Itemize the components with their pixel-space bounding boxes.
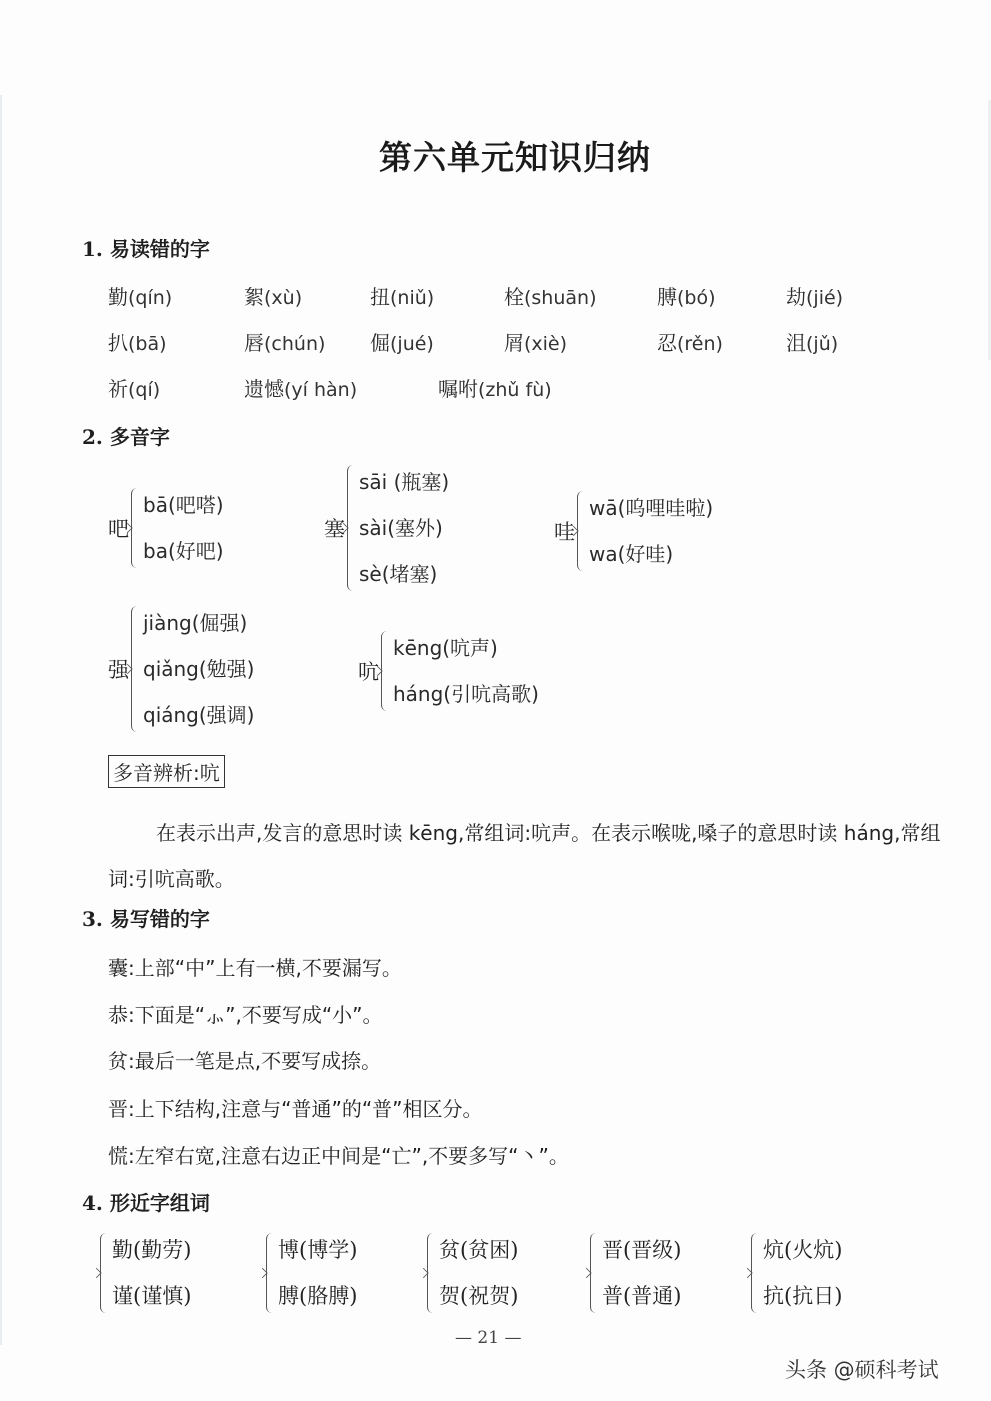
polyphone-group: 吧 bā(吧嗒) ba(好吧) bbox=[108, 482, 224, 574]
section-title: 形近字组词 bbox=[110, 1191, 210, 1215]
reading: wa(好哇) bbox=[589, 531, 713, 577]
word-item: 唇(chún) bbox=[244, 327, 325, 356]
reading: qiáng(强调) bbox=[143, 692, 254, 738]
word-item: 忍(rěn) bbox=[657, 327, 723, 356]
word-item: 祈(qí) bbox=[108, 373, 160, 402]
word-item: 遗憾(yí hàn) bbox=[244, 373, 357, 402]
reading: sāi (瓶塞) bbox=[359, 459, 449, 505]
section-1-heading: 1. 易读错的字 bbox=[82, 233, 210, 262]
word-item: 栓(shuān) bbox=[504, 281, 597, 310]
reading: bā(吧嗒) bbox=[143, 482, 224, 528]
pair-word: 贺(祝贺) bbox=[439, 1273, 518, 1319]
section-title: 易写错的字 bbox=[110, 907, 210, 931]
scan-edge-left bbox=[0, 95, 2, 1345]
reading: sài(塞外) bbox=[359, 505, 449, 551]
reading: ba(好吧) bbox=[143, 528, 224, 574]
pair-word: 抗(抗日) bbox=[763, 1273, 842, 1319]
analysis-paragraph: 在表示出声,发言的意思时读 kēng,常组词:吭声。在表示喉咙,嗓子的意思时读 … bbox=[108, 810, 948, 902]
section-number: 1. bbox=[82, 237, 103, 261]
similar-char-pair: 勤(勤劳) 谨(谨慎) bbox=[100, 1227, 191, 1319]
pair-word: 普(普通) bbox=[602, 1273, 681, 1319]
section-title: 易读错的字 bbox=[110, 237, 210, 261]
writing-note: 晋:上下结构,注意与“普通”的“普”相区分。 bbox=[108, 1093, 483, 1122]
page-title: 第六单元知识归纳 bbox=[0, 132, 991, 179]
pair-word: 谨(谨慎) bbox=[112, 1273, 191, 1319]
pair-word: 勤(勤劳) bbox=[112, 1227, 191, 1273]
word-item: 劫(jié) bbox=[786, 281, 843, 310]
pair-word: 晋(晋级) bbox=[602, 1227, 681, 1273]
brace-icon bbox=[266, 1233, 275, 1313]
reading: jiàng(倔强) bbox=[143, 600, 254, 646]
writing-note: 慌:左窄右宽,注意右边正中间是“亡”,不要多写“丶”。 bbox=[108, 1140, 569, 1169]
word-item: 倔(jué) bbox=[370, 327, 434, 356]
reading: háng(引吭高歌) bbox=[393, 671, 539, 717]
polyphone-group: 吭 kēng(吭声) háng(引吭高歌) bbox=[358, 625, 539, 717]
brace-icon bbox=[427, 1233, 436, 1313]
page-number: — 21 — bbox=[455, 1328, 521, 1348]
section-number: 2. bbox=[82, 425, 103, 449]
section-3-heading: 3. 易写错的字 bbox=[82, 903, 210, 932]
brace-icon bbox=[577, 491, 586, 571]
brace-icon bbox=[381, 631, 390, 711]
similar-char-pair: 晋(晋级) 普(普通) bbox=[590, 1227, 681, 1319]
section-4-heading: 4. 形近字组词 bbox=[82, 1187, 210, 1216]
word-item: 沮(jǔ) bbox=[786, 327, 838, 356]
similar-char-pair: 博(博学) 膊(胳膊) bbox=[266, 1227, 357, 1319]
similar-char-pair: 炕(火炕) 抗(抗日) bbox=[751, 1227, 842, 1319]
pair-word: 炕(火炕) bbox=[763, 1227, 842, 1273]
reading: qiǎng(勉强) bbox=[143, 646, 254, 692]
pair-word: 贫(贫困) bbox=[439, 1227, 518, 1273]
writing-note: 恭:下面是“⺗”,不要写成“小”。 bbox=[108, 999, 383, 1028]
watermark: 头条 @硕科考试 bbox=[785, 1354, 939, 1384]
word-item: 膊(bó) bbox=[657, 281, 716, 310]
polyphone-group: 哇 wā(呜哩哇啦) wa(好哇) bbox=[554, 485, 713, 577]
brace-icon bbox=[590, 1233, 599, 1313]
word-item: 絮(xù) bbox=[244, 281, 302, 310]
brace-icon bbox=[751, 1233, 760, 1313]
brace-icon bbox=[131, 488, 140, 568]
word-item: 屑(xiè) bbox=[504, 327, 567, 356]
writing-note: 贫:最后一笔是点,不要写成捺。 bbox=[108, 1045, 381, 1074]
writing-note: 囊:上部“中”上有一横,不要漏写。 bbox=[108, 952, 402, 981]
section-number: 4. bbox=[82, 1191, 103, 1215]
reading: wā(呜哩哇啦) bbox=[589, 485, 713, 531]
word-item: 嘱咐(zhǔ fù) bbox=[438, 373, 552, 402]
section-number: 3. bbox=[82, 907, 103, 931]
word-item: 扒(bā) bbox=[108, 327, 167, 356]
analysis-label-box: 多音辨析:吭 bbox=[108, 755, 225, 788]
pair-word: 博(博学) bbox=[278, 1227, 357, 1273]
section-title: 多音字 bbox=[110, 425, 170, 449]
reading: kēng(吭声) bbox=[393, 625, 539, 671]
brace-icon bbox=[100, 1233, 109, 1313]
similar-char-pair: 贫(贫困) 贺(祝贺) bbox=[427, 1227, 518, 1319]
brace-icon bbox=[131, 606, 140, 732]
pair-word: 膊(胳膊) bbox=[278, 1273, 357, 1319]
word-item: 扭(niǔ) bbox=[370, 281, 434, 310]
word-item: 勤(qín) bbox=[108, 281, 172, 310]
polyphone-group: 强 jiàng(倔强) qiǎng(勉强) qiáng(强调) bbox=[108, 600, 254, 738]
reading: sè(堵塞) bbox=[359, 551, 449, 597]
polyphone-group: 塞 sāi (瓶塞) sài(塞外) sè(堵塞) bbox=[324, 459, 449, 597]
section-2-heading: 2. 多音字 bbox=[82, 421, 170, 450]
brace-icon bbox=[347, 465, 356, 591]
